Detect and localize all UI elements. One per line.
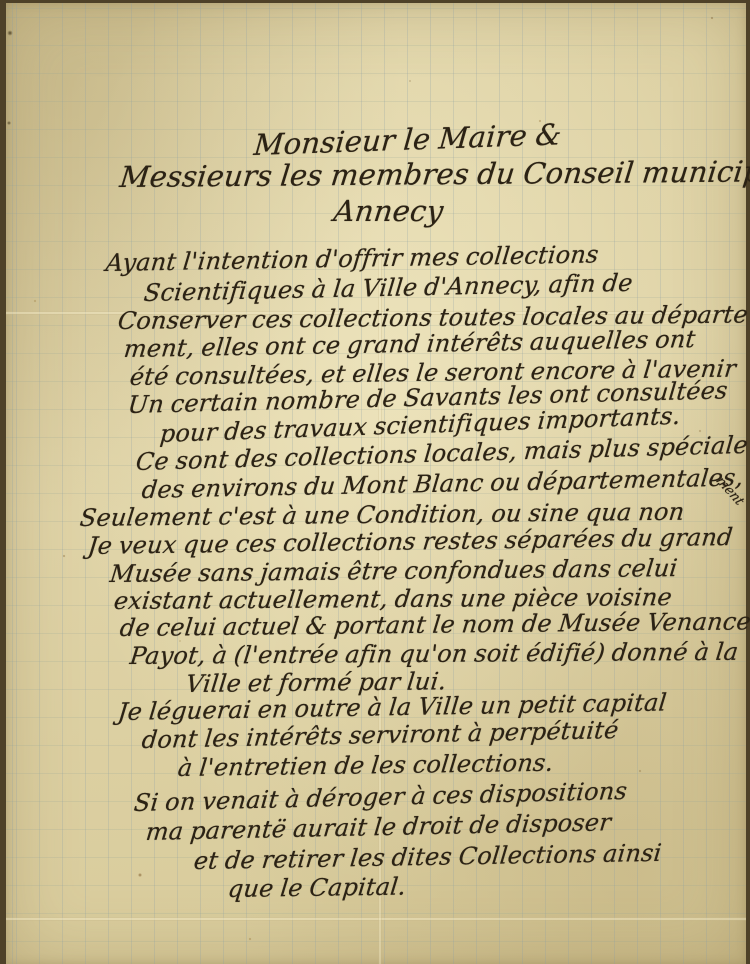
letter-line: à l'entretien de les collections.	[176, 749, 554, 782]
scan-background: Monsieur le Maire & Messieurs les membre…	[0, 0, 750, 964]
letter-page: Monsieur le Maire & Messieurs les membre…	[6, 3, 746, 964]
letter-line: Payot, à (l'entrée afin qu'on soit édifi…	[128, 638, 740, 670]
fold-crease-horizontal-lower	[6, 917, 746, 921]
letter-line: que le Capital.	[226, 872, 407, 903]
recipient-city: Annecy	[332, 197, 445, 225]
recipient-line-2: Messieurs les membres du Conseil municip…	[118, 157, 750, 191]
